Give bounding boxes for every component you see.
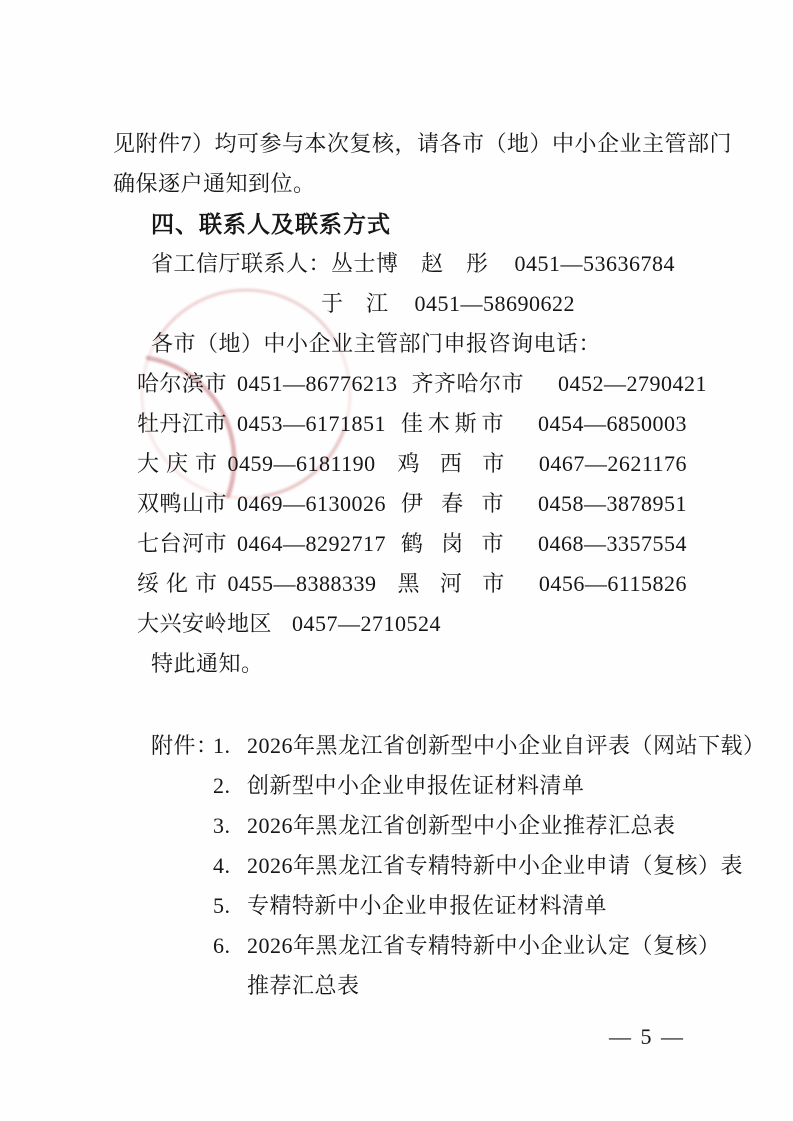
phone-number: 0456—6115826 bbox=[539, 564, 687, 604]
phone-number: 0458—3878951 bbox=[538, 484, 687, 524]
city-name: 伊春市 bbox=[401, 484, 504, 524]
contact-names: 丛士博 赵 彤 bbox=[331, 251, 489, 276]
attachment-number: 4. bbox=[213, 846, 247, 886]
attachment-number: 1. bbox=[213, 726, 247, 766]
region-name: 大兴安岭地区 bbox=[137, 604, 272, 644]
attachment-item: 4. 2026年黑龙江省专精特新中小企业申请（复核）表 bbox=[213, 846, 766, 886]
city-phone-row: 绥化市 0455—8388339 黑河市 0456—6115826 bbox=[113, 564, 687, 604]
city-name: 齐齐哈尔市 bbox=[412, 364, 525, 404]
phone-number: 0457—2710524 bbox=[292, 611, 441, 636]
city-name: 双鸭山市 bbox=[137, 484, 227, 524]
city-name: 牡丹江市 bbox=[137, 404, 227, 444]
city-phone-row: 七台河市 0464—8292717 鹤岗市 0468—3357554 bbox=[113, 524, 687, 564]
city-name: 七台河市 bbox=[137, 524, 227, 564]
city-name: 绥化市 bbox=[137, 564, 218, 604]
attachment-title: 2026年黑龙江省专精特新中小企业申请（复核）表 bbox=[247, 846, 743, 886]
attachment-item: 2. 创新型中小企业申报佐证材料清单 bbox=[213, 766, 766, 806]
city-name: 鸡西市 bbox=[397, 444, 504, 484]
attachment-item: 5. 专精特新中小企业申报佐证材料清单 bbox=[213, 886, 766, 926]
contact-names: 于 江 bbox=[321, 291, 389, 316]
attachment-number: 3. bbox=[213, 806, 247, 846]
phone-number: 0452—2790421 bbox=[558, 364, 707, 404]
contact-phone: 0451—58690622 bbox=[415, 291, 576, 316]
document-page: 见附件7）均可参与本次复核，请各市（地）中小企业主管部门 确保逐户通知到位。 四… bbox=[0, 0, 793, 1121]
attachments-label: 附件： bbox=[151, 726, 213, 766]
page-number: — 5 — bbox=[609, 1022, 685, 1052]
city-name: 鹤岗市 bbox=[401, 524, 504, 564]
attachment-title: 创新型中小企业申报佐证材料清单 bbox=[247, 766, 585, 806]
section-heading: 四、联系人及联系方式 bbox=[113, 204, 687, 244]
city-name: 大庆市 bbox=[137, 444, 218, 484]
contact-phone: 0451—53636784 bbox=[515, 251, 676, 276]
city-phone-row: 牡丹江市 0453—6171851 佳木斯市 0454—6850003 bbox=[113, 404, 687, 444]
city-phone-row: 双鸭山市 0469—6130026 伊春市 0458—3878951 bbox=[113, 484, 687, 524]
phone-number: 0455—8388339 bbox=[228, 564, 384, 604]
contact-line-2: 于 江 0451—58690622 bbox=[113, 284, 687, 324]
contact-label: 省工信厅联系人： bbox=[151, 251, 331, 276]
closing-line: 特此通知。 bbox=[113, 644, 687, 684]
attachment-number: 5. bbox=[213, 886, 247, 926]
attachment-number: 6. bbox=[213, 926, 247, 966]
city-name: 佳木斯市 bbox=[401, 404, 504, 444]
phone-number: 0451—86776213 bbox=[237, 364, 398, 404]
attachment-item: 1. 2026年黑龙江省创新型中小企业自评表（网站下载） bbox=[213, 726, 766, 766]
attachments-section: 附件： 1. 2026年黑龙江省创新型中小企业自评表（网站下载） 2. 创新型中… bbox=[113, 726, 687, 1006]
phone-number: 0464—8292717 bbox=[237, 524, 387, 564]
city-phone-row: 哈尔滨市 0451—86776213 齐齐哈尔市 0452—2790421 bbox=[113, 364, 687, 404]
attachment-title: 2026年黑龙江省专精特新中小企业认定（复核） bbox=[247, 926, 721, 966]
attachment-number: 2. bbox=[213, 766, 247, 806]
contact-line-1: 省工信厅联系人：丛士博 赵 彤 0451—53636784 bbox=[113, 244, 687, 284]
attachment-title-wrap: 推荐汇总表 bbox=[213, 966, 766, 1006]
attachments-list: 1. 2026年黑龙江省创新型中小企业自评表（网站下载） 2. 创新型中小企业申… bbox=[213, 726, 766, 1006]
attachment-title: 专精特新中小企业申报佐证材料清单 bbox=[247, 886, 607, 926]
phone-number: 0467—2621176 bbox=[539, 444, 687, 484]
city-name: 黑河市 bbox=[397, 564, 504, 604]
region-phone-row: 大兴安岭地区 0457—2710524 bbox=[113, 604, 687, 644]
phone-number: 0469—6130026 bbox=[237, 484, 387, 524]
city-phone-row: 大庆市 0459—6181190 鸡西市 0467—2621176 bbox=[113, 444, 687, 484]
document-body: 见附件7）均可参与本次复核，请各市（地）中小企业主管部门 确保逐户通知到位。 四… bbox=[113, 124, 687, 1006]
phone-number: 0454—6850003 bbox=[538, 404, 687, 444]
paragraph-line: 见附件7）均可参与本次复核，请各市（地）中小企业主管部门 bbox=[113, 124, 687, 164]
blank-gap bbox=[113, 684, 687, 726]
attachment-item: 3. 2026年黑龙江省创新型中小企业推荐汇总表 bbox=[213, 806, 766, 846]
attachment-title: 2026年黑龙江省创新型中小企业自评表（网站下载） bbox=[247, 726, 766, 766]
attachment-item: 6. 2026年黑龙江省专精特新中小企业认定（复核） bbox=[213, 926, 766, 966]
phone-number: 0468—3357554 bbox=[538, 524, 687, 564]
phone-number: 0459—6181190 bbox=[228, 444, 384, 484]
city-intro-line: 各市（地）中小企业主管部门申报咨询电话： bbox=[113, 324, 687, 364]
paragraph-line: 确保逐户通知到位。 bbox=[113, 164, 687, 204]
city-name: 哈尔滨市 bbox=[137, 364, 227, 404]
phone-number: 0453—6171851 bbox=[237, 404, 387, 444]
attachment-title: 2026年黑龙江省创新型中小企业推荐汇总表 bbox=[247, 806, 676, 846]
